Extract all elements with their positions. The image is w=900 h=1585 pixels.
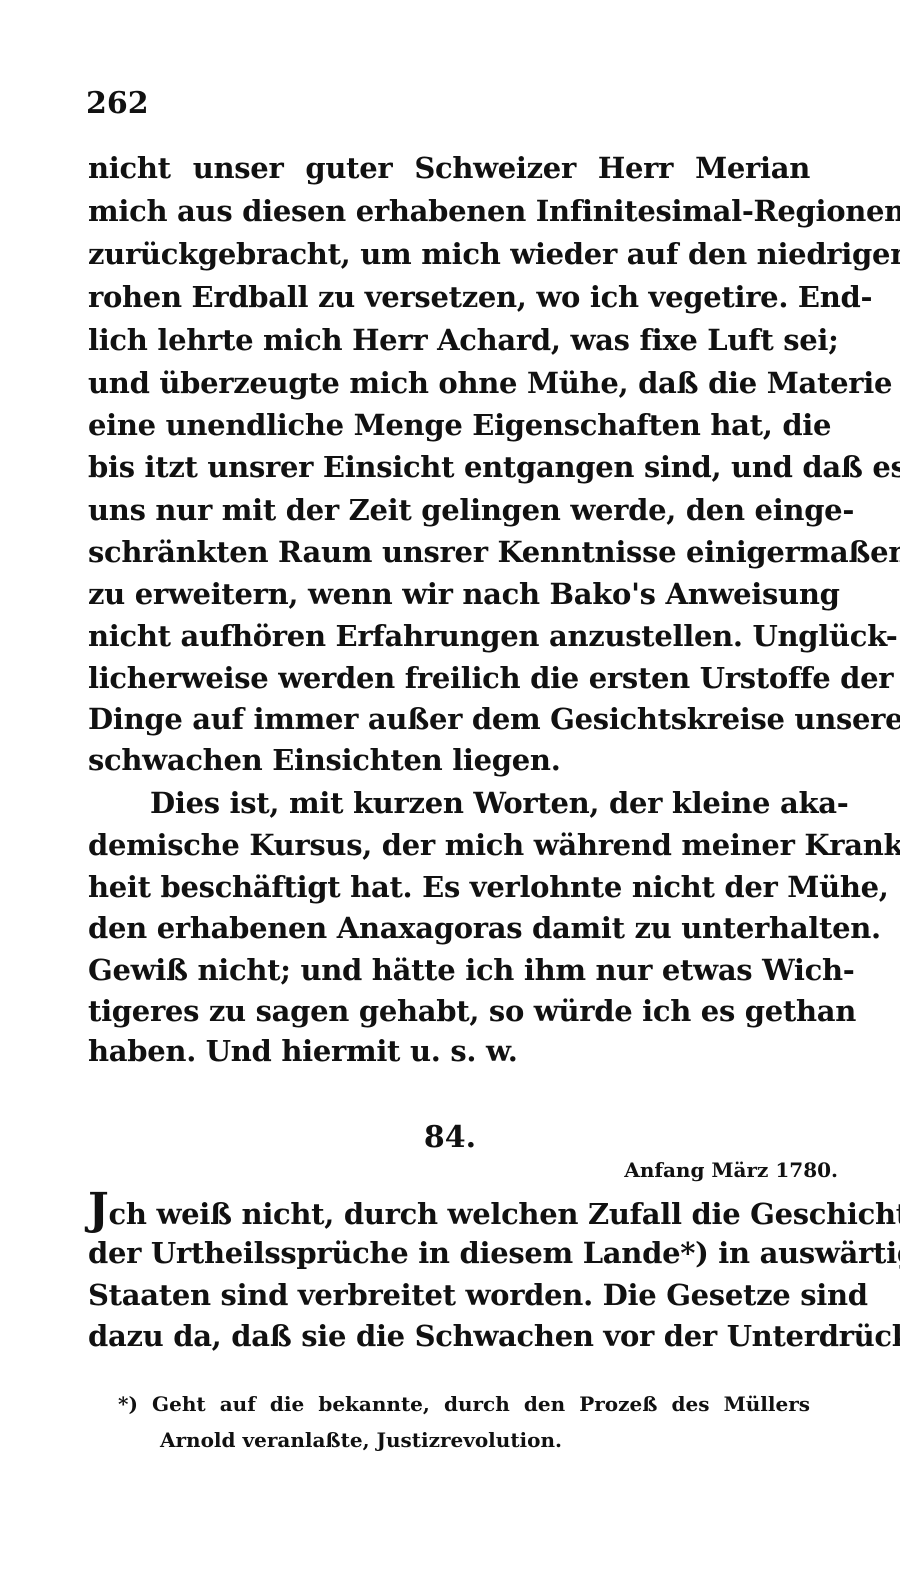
text-line: zu erweitern, wenn wir nach Bako's Anwei… (88, 576, 810, 612)
text-line: Jch weiß nicht, durch welchen Zufall die… (88, 1192, 810, 1232)
text-line: Dinge auf immer außer dem Gesichtskreise… (88, 701, 810, 737)
text-line: tigeres zu sagen gehabt, so würde ich es… (88, 993, 810, 1029)
text-line: Dies ist, mit kurzen Worten, der kleine … (150, 785, 810, 821)
text-line: Staaten sind verbreitet worden. Die Gese… (88, 1277, 810, 1313)
text-line: heit beschäftigt hat. Es verlohnte nicht… (88, 869, 810, 905)
text-line: lich lehrte mich Herr Achard, was fixe L… (88, 322, 810, 358)
footnote-line: *) Geht auf die bekannte, durch den Proz… (118, 1390, 810, 1418)
text-line: demische Kursus, der mich während meiner… (88, 827, 810, 863)
text-line: schränkten Raum unsrer Kenntnisse einige… (88, 534, 810, 570)
drop-cap: J (88, 1184, 109, 1235)
text-line: nicht unser guter Schweizer Herr Merian (88, 150, 810, 186)
letter-number: 84. (0, 1120, 900, 1155)
text-line: mich aus diesen erhabenen Infinitesimal-… (88, 193, 810, 229)
text-line: eine unendliche Menge Eigenschaften hat,… (88, 407, 810, 443)
text-line: rohen Erdball zu versetzen, wo ich veget… (88, 279, 810, 315)
text-line: und überzeugte mich ohne Mühe, daß die M… (88, 365, 810, 401)
text-line: haben. Und hiermit u. s. w. (88, 1033, 810, 1069)
text-line: dazu da, daß sie die Schwachen vor der U… (88, 1318, 810, 1354)
text-line: bis itzt unsrer Einsicht entgangen sind,… (88, 449, 810, 485)
text-line: den erhabenen Anaxagoras damit zu unterh… (88, 910, 810, 946)
text-line: uns nur mit der Zeit gelingen werde, den… (88, 492, 810, 528)
letter-date: Anfang März 1780. (624, 1158, 838, 1182)
footnote-line: Arnold veranlaßte, Justizrevolution. (160, 1426, 852, 1454)
text-line: schwachen Einsichten liegen. (88, 742, 810, 778)
text-line: der Urtheilssprüche in diesem Lande*) in… (88, 1235, 810, 1271)
page-number: 262 (86, 86, 149, 121)
text-line: licherweise werden freilich die ersten U… (88, 660, 810, 696)
text-line: Gewiß nicht; und hätte ich ihm nur etwas… (88, 952, 810, 988)
text-line: nicht aufhören Erfahrungen anzustellen. … (88, 618, 810, 654)
text-line: zurückgebracht, um mich wieder auf den n… (88, 236, 810, 272)
